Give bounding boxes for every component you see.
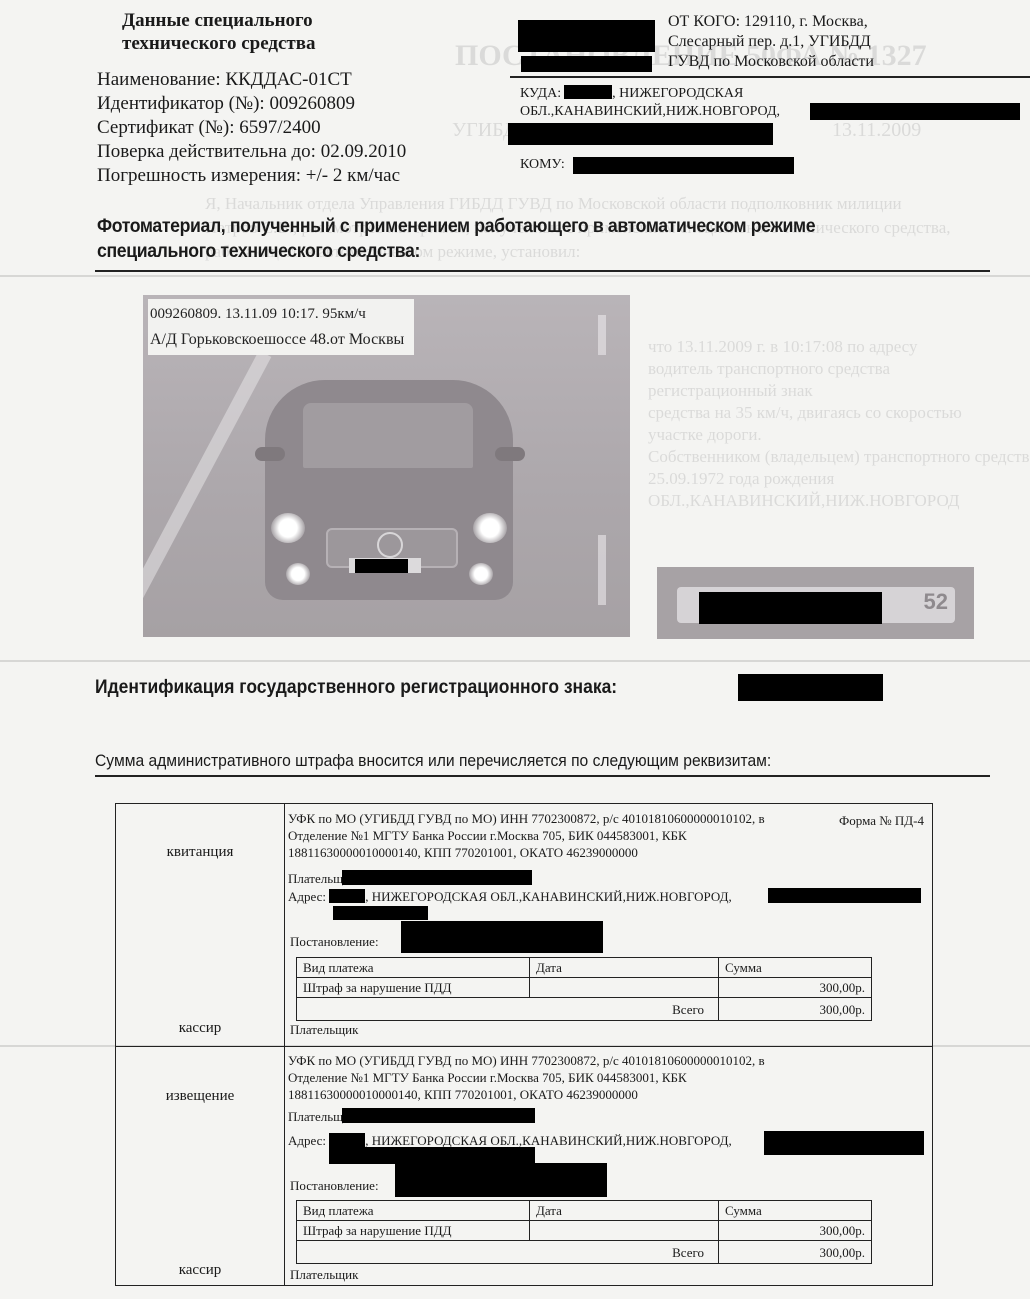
redacted-address [768, 888, 921, 903]
table-row: Штраф за нарушение ПДД 300,00р. [297, 978, 872, 998]
recipient-address: КУДА:, НИЖЕГОРОДСКАЯ ОБЛ.,КАНАВИНСКИЙ,НИ… [520, 85, 780, 121]
table-row: Штраф за нарушение ПДД 300,00р. [297, 1221, 872, 1241]
divider [95, 775, 990, 777]
divider [95, 270, 990, 272]
paper-fold [0, 660, 1030, 662]
bleed-through-line: водитель транспортного средства [648, 357, 890, 381]
sender-line: Слесарный пер. д.1, УГИБДД [668, 32, 874, 52]
car-logo-icon [377, 532, 403, 558]
total-amount: 300,00р. [719, 998, 872, 1021]
redacted-plate-number [699, 592, 882, 624]
sender-address: ОТ КОГО: 129110, г. Москва, Слесарный пе… [668, 12, 874, 72]
paper-fold [0, 275, 1030, 277]
section-kind: извещение [116, 1088, 284, 1105]
photo-caption: Фотоматериал, полученный с применением р… [97, 214, 815, 264]
redacted-resolution [401, 921, 603, 953]
bleed-through-line: 25.09.1972 года рождения [648, 467, 834, 491]
road-marking [598, 535, 606, 605]
bank-line: УФК по МО (УГИБДД ГУВД по МО) ИНН 770230… [288, 1052, 828, 1069]
device-identifier: Идентификатор (№): 009260809 [97, 92, 406, 116]
address-label: Адрес: [288, 1133, 326, 1148]
caption-line: Фотоматериал, полученный с применением р… [97, 214, 815, 239]
payment-date [530, 978, 719, 998]
payment-receipt-form: квитанция кассир УФК по МО (УГИБДД ГУВД … [115, 803, 933, 1286]
redacted-address [333, 906, 428, 920]
headlight [473, 513, 507, 543]
sender-line: ГУВД по Московской области [668, 52, 874, 72]
redacted-plate [355, 559, 408, 573]
receipt-section-izveshchenie: извещение кассир УФК по МО (УГИБДД ГУВД … [116, 1046, 932, 1285]
address-line: Адрес: , НИЖЕГОРОДСКАЯ ОБЛ.,КАНАВИНСКИЙ,… [288, 888, 732, 905]
device-info: Наименование: ККДДАС-01СТ Идентификатор … [97, 68, 406, 188]
to-label: КУДА: [520, 86, 561, 101]
bank-requisites: УФК по МО (УГИБДД ГУВД по МО) ИНН 770230… [288, 1052, 828, 1103]
col-amount: Сумма [719, 1201, 872, 1221]
col-payment-type: Вид платежа [297, 958, 530, 978]
road-marking [598, 315, 606, 355]
payer-signature-label: Плательщик [290, 1021, 358, 1038]
bank-line: 18811630000010000140, КПП 770201001, ОКА… [288, 844, 828, 861]
headlight [271, 513, 305, 543]
bank-line: 18811630000010000140, КПП 770201001, ОКА… [288, 1086, 828, 1103]
redacted-plate-number [738, 674, 883, 701]
bleed-through-line: регистрационный знак [648, 379, 813, 403]
bleed-through-line: что 13.11.2009 г. в 10:17:08 по адресу [648, 335, 918, 359]
redacted-address [329, 1147, 535, 1164]
redacted-payer [342, 1108, 535, 1123]
redacted-block [573, 157, 794, 174]
address-text: , НИЖЕГОРОДСКАЯ ОБЛ.,КАНАВИНСКИЙ,НИЖ.НОВ… [365, 1133, 732, 1148]
payment-amount: 300,00р. [719, 978, 872, 998]
redacted-block [521, 56, 652, 72]
payer-signature-label: Плательщик [290, 1266, 358, 1283]
payment-amount: 300,00р. [719, 1221, 872, 1241]
col-date: Дата [530, 1201, 719, 1221]
plate-region-code: 52 [924, 589, 948, 615]
receipt-label-column: квитанция кассир [116, 804, 285, 1046]
speed-camera-photo: 009260809. 13.11.09 10:17. 95км/ч А/Д Го… [143, 295, 630, 637]
stamp-location-line: А/Д Горьковскоешоссе 48.от Москвы [150, 327, 408, 353]
bleed-through-line: ОБЛ.,КАНАВИНСКИЙ,НИЖ.НОВГОРОД [648, 489, 960, 513]
receipt-details: УФК по МО (УГИБДД ГУВД по МО) ИНН 770230… [288, 1046, 932, 1285]
col-date: Дата [530, 958, 719, 978]
table-total-row: Всего 300,00р. [297, 1241, 872, 1264]
redacted-block [518, 20, 655, 52]
caption-line: специального технического средства: [97, 239, 815, 264]
car-mirror [495, 447, 525, 461]
road-marking [143, 350, 271, 637]
fog-light [469, 563, 493, 585]
bank-line: Отделение №1 МГТУ Банка России г.Москва … [288, 1069, 828, 1086]
payment-table: Вид платежа Дата Сумма Штраф за нарушени… [296, 1200, 872, 1264]
receipt-label-column: извещение кассир [116, 1046, 285, 1285]
resolution-label: Постановление: [290, 933, 379, 950]
payment-date [530, 1221, 719, 1241]
plate-identification-label: Идентификация государственного регистрац… [95, 677, 617, 699]
bank-requisites: УФК по МО (УГИБДД ГУВД по МО) ИНН 770230… [288, 810, 828, 861]
total-label: Всего [297, 998, 719, 1021]
device-title-line: технического средства [122, 32, 316, 55]
cashier-label: кассир [116, 1262, 284, 1279]
bank-line: Отделение №1 МГТУ Банка России г.Москва … [288, 827, 828, 844]
divider [510, 76, 1030, 78]
receipt-section-kvitantsiya: квитанция кассир УФК по МО (УГИБДД ГУВД … [116, 804, 932, 1047]
redacted-block [564, 85, 612, 99]
fine-requisites-note: Сумма административного штрафа вносится … [95, 751, 771, 771]
car-windshield [303, 403, 473, 468]
total-label: Всего [297, 1241, 719, 1264]
photo-stamp: 009260809. 13.11.09 10:17. 95км/ч А/Д Го… [148, 299, 414, 355]
cashier-label: кассир [116, 1020, 284, 1037]
table-total-row: Всего 300,00р. [297, 998, 872, 1021]
col-amount: Сумма [719, 958, 872, 978]
plate-closeup: 52 [657, 567, 974, 639]
stamp-speed-line: 009260809. 13.11.09 10:17. 95км/ч [150, 301, 408, 327]
device-title-line: Данные специального [122, 9, 316, 32]
payment-type: Штраф за нарушение ПДД [297, 1221, 530, 1241]
device-verification: Поверка действительна до: 02.09.2010 [97, 140, 406, 164]
bleed-through-line: средства на 35 км/ч, двигаясь со скорост… [648, 401, 962, 425]
redacted-resolution [395, 1163, 607, 1197]
redacted-block [329, 889, 365, 903]
address-text: , НИЖЕГОРОДСКАЯ ОБЛ.,КАНАВИНСКИЙ,НИЖ.НОВ… [365, 889, 732, 904]
table-header-row: Вид платежа Дата Сумма [297, 1201, 872, 1221]
form-number: Форма № ПД-4 [839, 812, 924, 829]
receipt-details: УФК по МО (УГИБДД ГУВД по МО) ИНН 770230… [288, 804, 932, 1046]
bleed-through-line: Я, Начальник отдела Управления ГИБДД ГУВ… [205, 192, 902, 216]
bleed-through-line: Собственником (владельцем) транспортного… [648, 445, 1030, 469]
total-amount: 300,00р. [719, 1241, 872, 1264]
car-mirror [255, 447, 285, 461]
bank-line: УФК по МО (УГИБДД ГУВД по МО) ИНН 770230… [288, 810, 828, 827]
table-header-row: Вид платежа Дата Сумма [297, 958, 872, 978]
sender-line: ОТ КОГО: 129110, г. Москва, [668, 12, 874, 32]
fog-light [286, 563, 310, 585]
whom-label: КОМУ: [520, 157, 565, 173]
address-label: Адрес: [288, 889, 326, 904]
redacted-block [810, 103, 1020, 120]
device-certificate: Сертификат (№): 6597/2400 [97, 116, 406, 140]
resolution-label: Постановление: [290, 1177, 379, 1194]
payment-table: Вид платежа Дата Сумма Штраф за нарушени… [296, 957, 872, 1021]
device-accuracy: Погрешность измерения: +/- 2 км/час [97, 164, 406, 188]
payment-type: Штраф за нарушение ПДД [297, 978, 530, 998]
bleed-through-line: участке дороги. [648, 423, 762, 447]
redacted-payer [342, 870, 532, 885]
to-line: ОБЛ.,КАНАВИНСКИЙ,НИЖ.НОВГОРОД, [520, 104, 780, 119]
redacted-block [329, 1133, 365, 1147]
section-kind: квитанция [116, 844, 284, 861]
device-name: Наименование: ККДДАС-01СТ [97, 68, 406, 92]
col-payment-type: Вид платежа [297, 1201, 530, 1221]
device-title: Данные специального технического средств… [122, 9, 316, 55]
redacted-address [764, 1131, 924, 1155]
bleed-through-date: 13.11.2009 [832, 118, 921, 142]
redacted-block [508, 123, 773, 145]
to-line: , НИЖЕГОРОДСКАЯ [612, 86, 743, 101]
